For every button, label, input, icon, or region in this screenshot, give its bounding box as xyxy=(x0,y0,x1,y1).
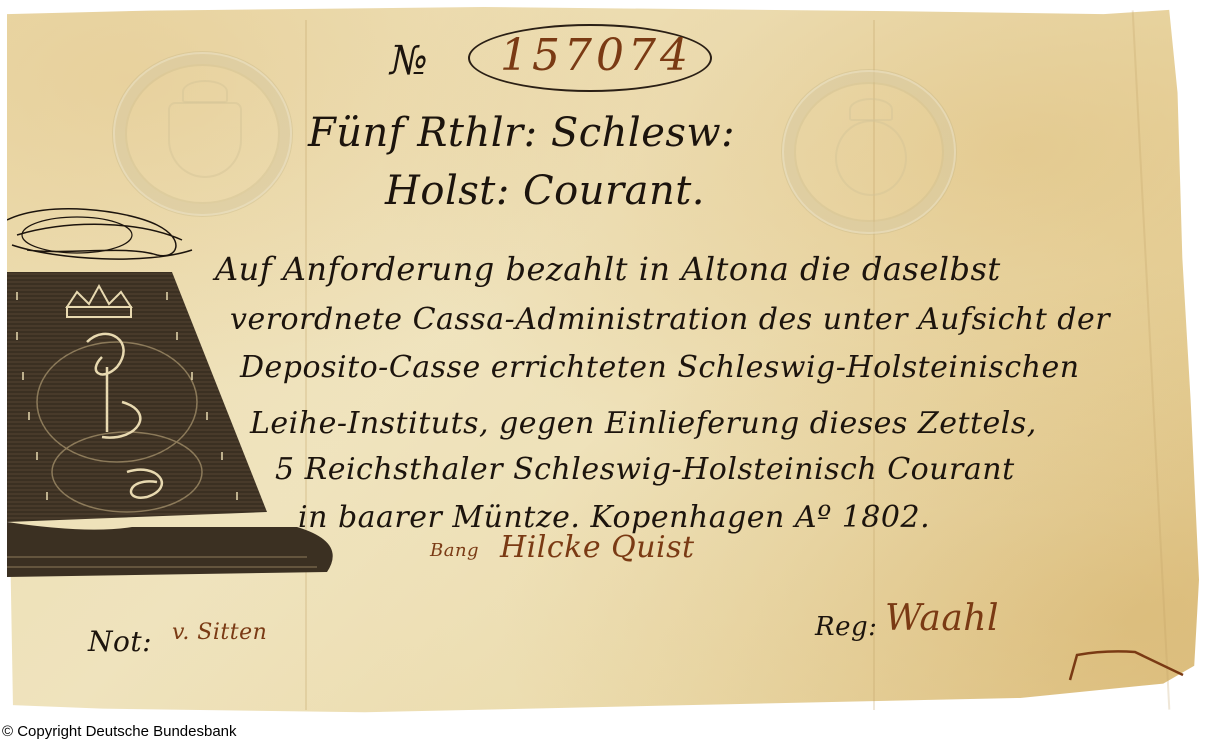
reg-signature: Waahl xyxy=(885,598,999,639)
calligraphic-flourish-icon xyxy=(7,200,197,270)
bang-signature: Hilcke Quist xyxy=(500,530,695,565)
embossed-monogram-seal-icon xyxy=(782,70,956,234)
body-line-3: Deposito-Casse errichteten Schleswig-Hol… xyxy=(240,350,1080,385)
seal-crown-icon xyxy=(849,98,894,121)
ink-stroke-mark-icon xyxy=(1065,640,1185,690)
seal-crown-icon xyxy=(182,80,228,103)
denomination-line-2: Holst: Courant. xyxy=(385,168,705,214)
body-line-4: Leihe-Instituts, gegen Einlieferung dies… xyxy=(250,406,1037,441)
reg-label: Reg: xyxy=(815,612,877,642)
serial-number: 157074 xyxy=(500,30,692,81)
seal-shield-icon xyxy=(168,102,242,178)
denomination-line-1: Fünf Rthlr: Schlesw: xyxy=(308,110,735,156)
not-label: Not: xyxy=(88,625,152,658)
copyright-notice: © Copyright Deutsche Bundesbank xyxy=(2,723,237,740)
serial-prefix: № xyxy=(390,38,428,84)
body-line-5: 5 Reichsthaler Schleswig-Holsteinisch Co… xyxy=(275,452,1015,487)
bang-label: Bang xyxy=(430,540,479,561)
seal-monogram-icon xyxy=(835,120,907,196)
crown-monogram-vignette-icon xyxy=(7,272,337,592)
not-signature: v. Sitten xyxy=(172,620,267,645)
body-line-2: verordnete Cassa-Administration des unte… xyxy=(230,302,1110,337)
embossed-coat-of-arms-seal-icon xyxy=(113,52,292,216)
